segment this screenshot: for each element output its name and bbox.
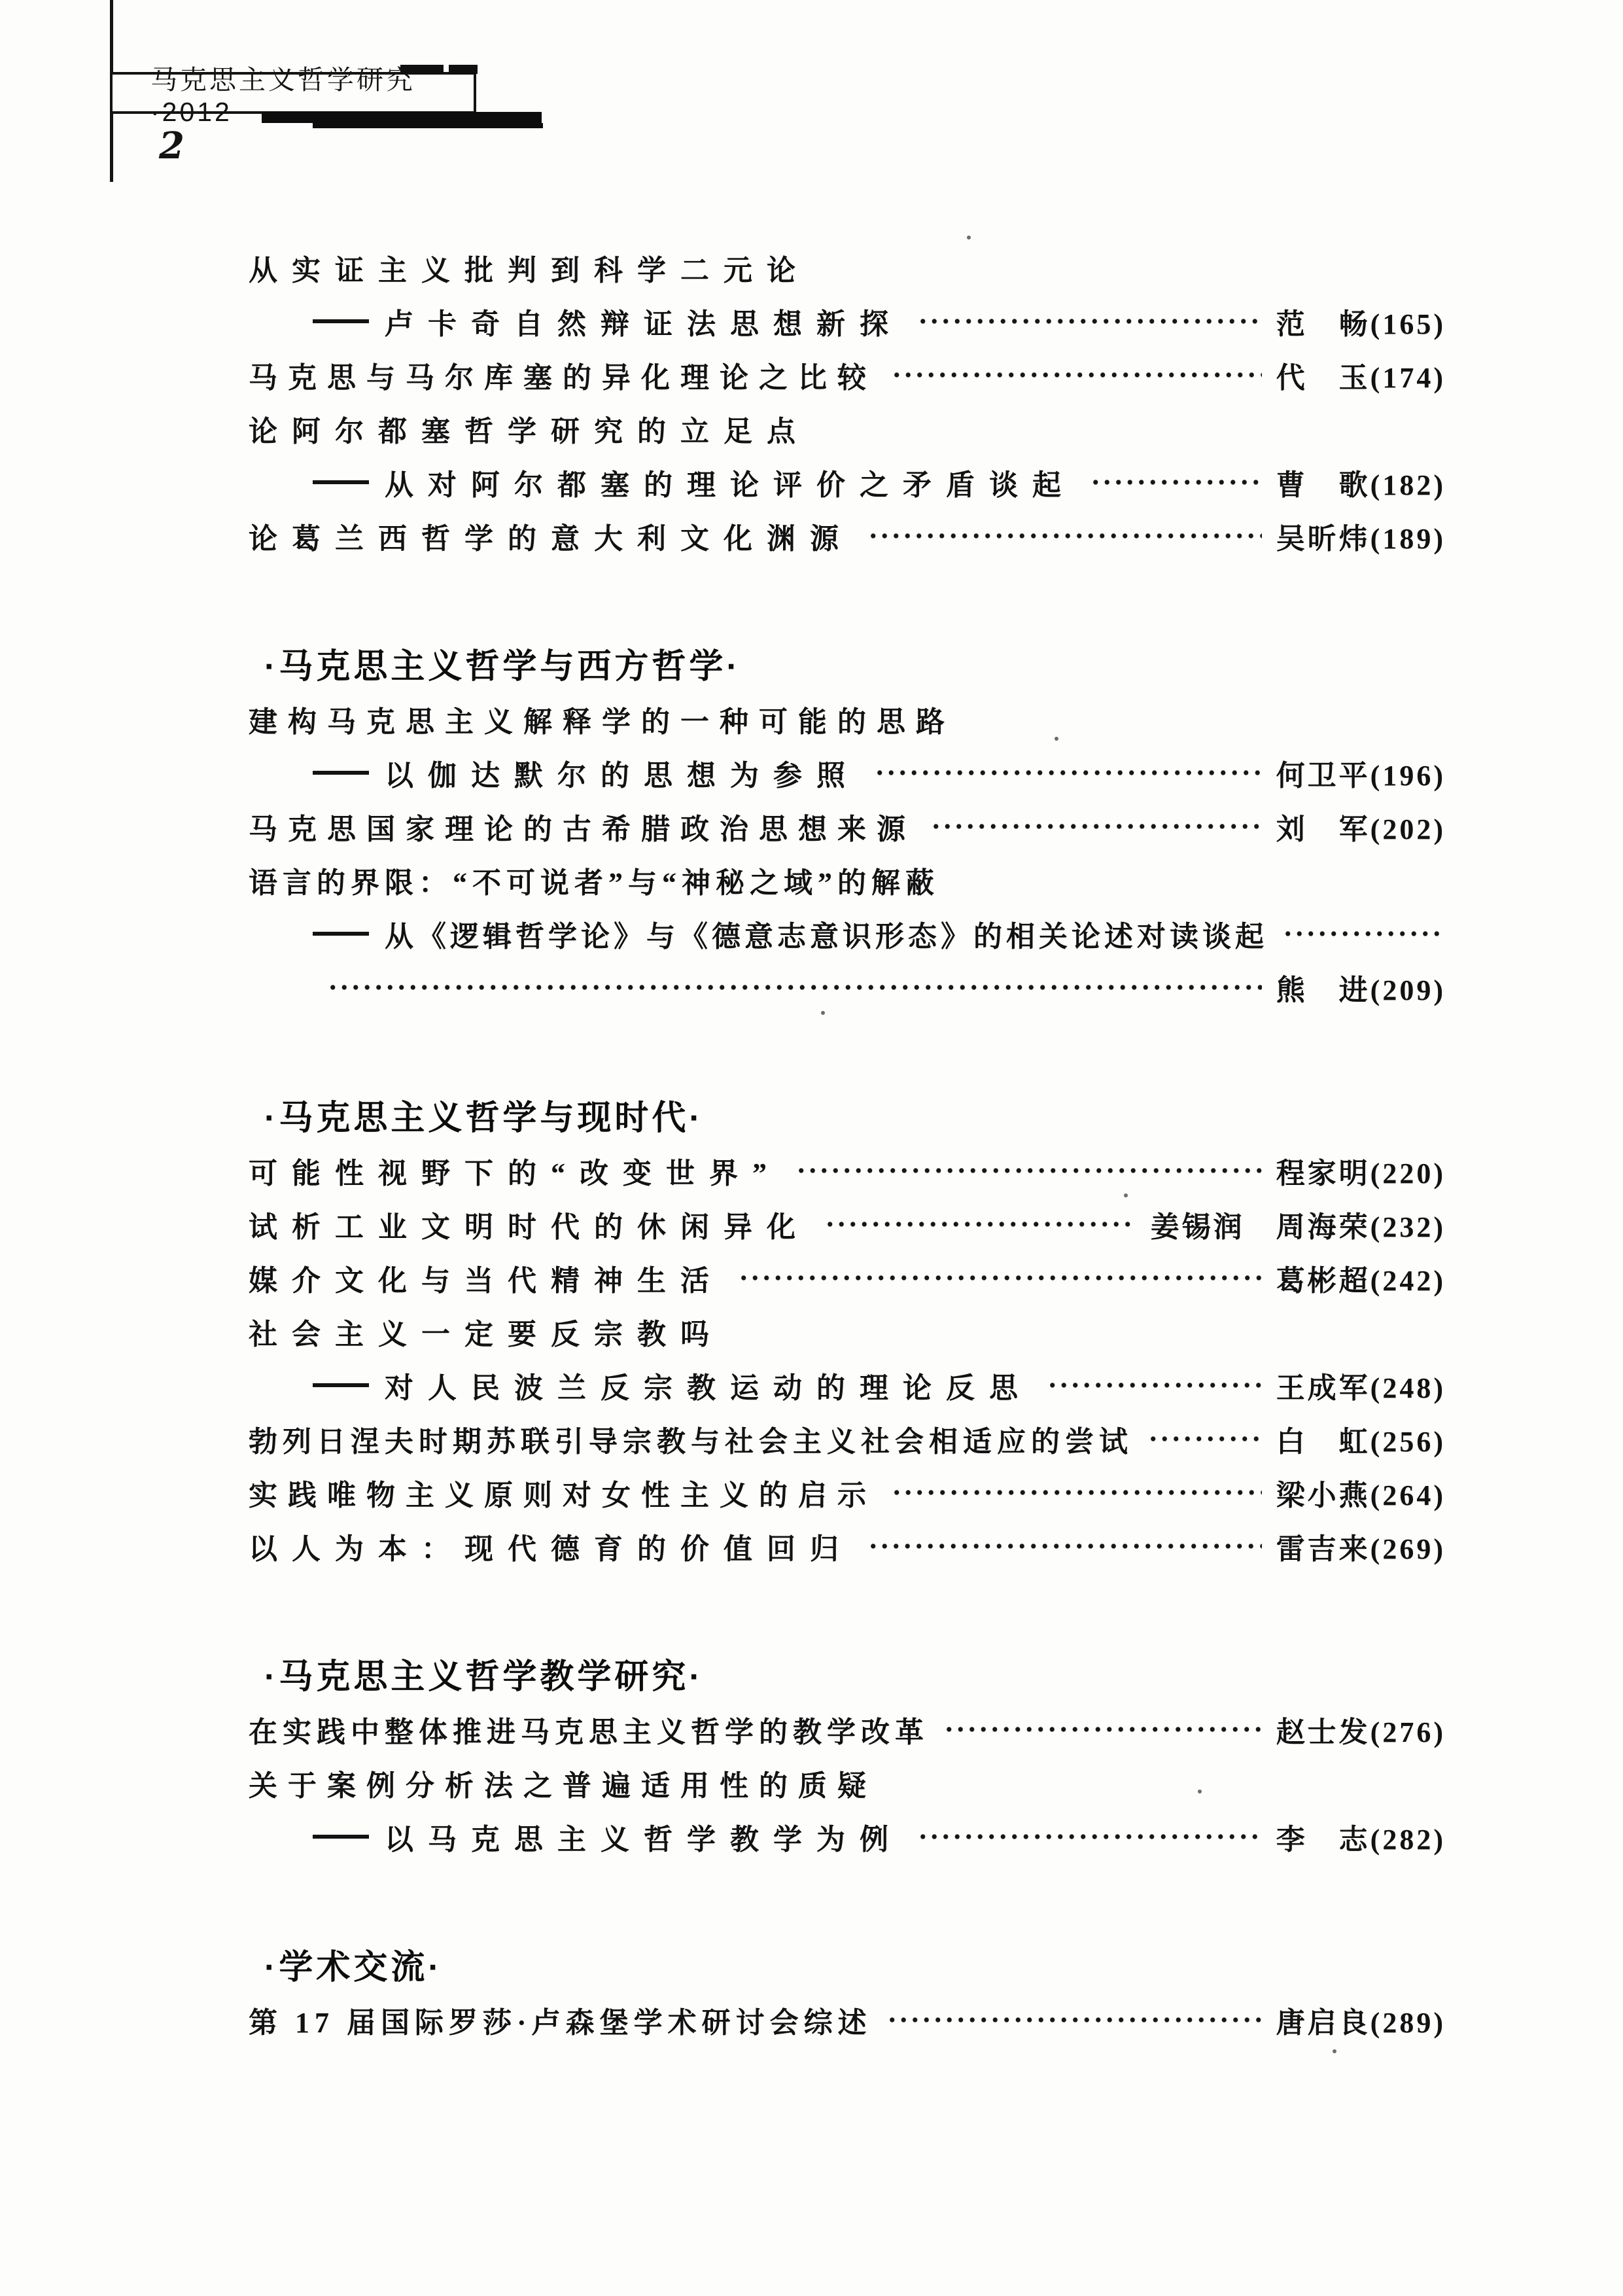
dot-leader: [1147, 1412, 1262, 1466]
entry-title: 语言的界限：“不可说者”与“神秘之域”的解蔽: [249, 859, 939, 901]
toc-entry: 语言的界限：“不可说者”与“神秘之域”的解蔽: [249, 853, 1446, 907]
toc-entry: 以人为本：现代德育的价值回归雷吉来(269): [249, 1519, 1446, 1573]
entry-author-page: 姜锡润 周海荣(232): [1151, 1203, 1446, 1245]
entry-title: 建构马克思主义解释学的一种可能的思路: [249, 698, 955, 740]
toc-entry: 建构马克思主义解释学的一种可能的思路: [249, 692, 1446, 746]
entry-title: 马克思国家理论的古希腊政治思想来源: [249, 805, 916, 847]
scanned-page: 马克思主义哲学研究·2012 2 从实证主义批判到科学二元论卢卡奇自然辩证法思想…: [0, 0, 1623, 2296]
entry-title: 马克思与马尔库塞的异化理论之比较: [249, 354, 877, 396]
entry-author-page: 何卫平(196): [1276, 752, 1446, 794]
dot-leader: [1282, 907, 1446, 961]
section-heading-text: ·马克思主义哲学与西方哲学·: [264, 639, 741, 688]
toc-entry: 熊 进(209): [249, 961, 1446, 1014]
toc-entry: 在实践中整体推进马克思主义哲学的教学改革赵士发(276): [249, 1703, 1446, 1756]
dot-leader: [874, 746, 1262, 800]
toc-entry: 实践唯物主义原则对女性主义的启示梁小燕(264): [249, 1466, 1446, 1519]
entry-author-page: 范 畅(165): [1276, 300, 1446, 342]
toc-entry: 论阿尔都塞哲学研究的立足点: [249, 402, 1446, 455]
toc-entry: 从实证主义批判到科学二元论: [249, 241, 1446, 294]
entry-author-page: 葛彬超(242): [1276, 1257, 1446, 1299]
entry-title: 以伽达默尔的思想为参照: [385, 752, 860, 794]
entry-author-page: 白 虹(256): [1276, 1418, 1446, 1460]
entry-author-page: 李 志(282): [1276, 1816, 1446, 1858]
section-heading: ·马克思主义哲学教学研究·: [249, 1644, 1446, 1703]
dot-leader: [738, 1251, 1262, 1305]
dot-leader: [891, 348, 1262, 402]
toc-entry: 从《逻辑哲学论》与《德意志意识形态》的相关论述对读谈起: [249, 907, 1446, 961]
entry-title: 从对阿尔都塞的理论评价之矛盾谈起: [385, 461, 1075, 503]
entry-title: 论阿尔都塞哲学研究的立足点: [249, 408, 810, 450]
em-dash: [313, 319, 369, 323]
entry-author-page: 梁小燕(264): [1276, 1472, 1446, 1513]
toc-entry: 试析工业文明时代的休闲异化姜锡润 周海荣(232): [249, 1197, 1446, 1251]
section-heading-text: ·马克思主义哲学教学研究·: [264, 1649, 704, 1698]
section-heading: ·马克思主义哲学与西方哲学·: [249, 633, 1446, 692]
entry-author-page: 王成军(248): [1276, 1364, 1446, 1406]
toc-entry: 第 17 届国际罗莎·卢森堡学术研讨会综述唐启良(289): [249, 1993, 1446, 2047]
entry-title: 社会主义一定要反宗教吗: [249, 1311, 724, 1352]
em-dash: [313, 771, 369, 775]
entry-author-page: 曹 歌(182): [1276, 461, 1446, 503]
section-heading: ·学术交流·: [249, 1934, 1446, 1993]
entry-author-page: 程家明(220): [1276, 1150, 1446, 1192]
toc-entry: 关于案例分析法之普遍适用性的质疑: [249, 1756, 1446, 1810]
dot-leader: [327, 961, 1262, 1014]
toc-entry: 以马克思主义哲学教学为例李 志(282): [249, 1810, 1446, 1863]
toc-entry: 媒介文化与当代精神生活葛彬超(242): [249, 1251, 1446, 1305]
entry-title: 从《逻辑哲学论》与《德意志意识形态》的相关论述对读谈起: [385, 913, 1268, 955]
entry-title: 卢卡奇自然辩证法思想新探: [385, 300, 903, 342]
toc-entry: 对人民波兰反宗教运动的理论反思王成军(248): [249, 1358, 1446, 1412]
section-heading-text: ·马克思主义哲学与现时代·: [264, 1090, 704, 1139]
entry-title: 论葛兰西哲学的意大利文化渊源: [249, 515, 853, 557]
em-dash: [313, 932, 369, 936]
running-header-box: 马克思主义哲学研究·2012: [110, 72, 476, 114]
entry-author-page: 唐启良(289): [1276, 1999, 1446, 2041]
entry-title: 实践唯物主义原则对女性主义的启示: [249, 1472, 877, 1513]
entry-title: 媒介文化与当代精神生活: [249, 1257, 724, 1299]
entry-title: 可能性视野下的“改变世界”: [249, 1150, 781, 1192]
header-underline-bar-thin: [313, 123, 543, 128]
dot-leader: [930, 800, 1262, 853]
entry-author-page: 代 玉(174): [1276, 354, 1446, 396]
header-underline-bar: [262, 112, 542, 123]
toc-entry: 以伽达默尔的思想为参照何卫平(196): [249, 746, 1446, 800]
section-heading: ·马克思主义哲学与现时代·: [249, 1085, 1446, 1144]
dot-leader: [886, 1993, 1262, 2047]
entry-author-page: 吴昕炜(189): [1276, 515, 1446, 557]
scan-smudge: [400, 65, 444, 74]
toc-entry: 卢卡奇自然辩证法思想新探范 畅(165): [249, 294, 1446, 348]
toc-entry: 马克思与马尔库塞的异化理论之比较代 玉(174): [249, 348, 1446, 402]
dot-leader: [943, 1703, 1262, 1756]
entry-title: 关于案例分析法之普遍适用性的质疑: [249, 1762, 877, 1804]
dot-leader: [867, 1519, 1262, 1573]
entry-title: 以马克思主义哲学教学为例: [385, 1816, 903, 1858]
dot-leader: [917, 294, 1262, 348]
scan-smudge: [449, 65, 478, 74]
entry-title: 以人为本：现代德育的价值回归: [249, 1525, 853, 1567]
toc-entry: 勃列日涅夫时期苏联引导宗教与社会主义社会相适应的尝试白 虹(256): [249, 1412, 1446, 1466]
entry-title: 从实证主义批判到科学二元论: [249, 247, 810, 289]
em-dash: [313, 1835, 369, 1839]
entry-title: 对人民波兰反宗教运动的理论反思: [385, 1364, 1032, 1406]
scan-speck: [967, 236, 971, 239]
toc-entry: 可能性视野下的“改变世界”程家明(220): [249, 1144, 1446, 1197]
dot-leader: [867, 509, 1262, 563]
entry-title: 在实践中整体推进马克思主义哲学的教学改革: [249, 1708, 929, 1750]
toc-entry: 马克思国家理论的古希腊政治思想来源刘 军(202): [249, 800, 1446, 853]
dot-leader: [917, 1810, 1262, 1863]
section-heading-text: ·学术交流·: [264, 1939, 443, 1988]
toc-entry: 论葛兰西哲学的意大利文化渊源吴昕炜(189): [249, 509, 1446, 563]
entry-author-page: 雷吉来(269): [1276, 1525, 1446, 1567]
scan-speck: [1333, 2049, 1336, 2053]
toc-entry: 从对阿尔都塞的理论评价之矛盾谈起曹 歌(182): [249, 455, 1446, 509]
dot-leader: [795, 1144, 1262, 1197]
entry-title: 试析工业文明时代的休闲异化: [249, 1203, 810, 1245]
toc-entry: 社会主义一定要反宗教吗: [249, 1305, 1446, 1358]
entry-title: 第 17 届国际罗莎·卢森堡学术研讨会综述: [249, 1999, 872, 2041]
dot-leader: [1090, 455, 1262, 509]
table-of-contents: 从实证主义批判到科学二元论卢卡奇自然辩证法思想新探范 畅(165)马克思与马尔库…: [249, 241, 1446, 2047]
dot-leader: [824, 1197, 1136, 1251]
dot-leader: [891, 1466, 1262, 1519]
em-dash: [313, 480, 369, 484]
em-dash: [313, 1383, 369, 1387]
entry-title: 勃列日涅夫时期苏联引导宗教与社会主义社会相适应的尝试: [249, 1418, 1133, 1460]
entry-author-page: 熊 进(209): [1276, 966, 1446, 1008]
dot-leader: [1047, 1358, 1262, 1412]
entry-author-page: 刘 军(202): [1276, 805, 1446, 847]
entry-author-page: 赵士发(276): [1276, 1708, 1446, 1750]
page-number: 2: [159, 124, 184, 168]
